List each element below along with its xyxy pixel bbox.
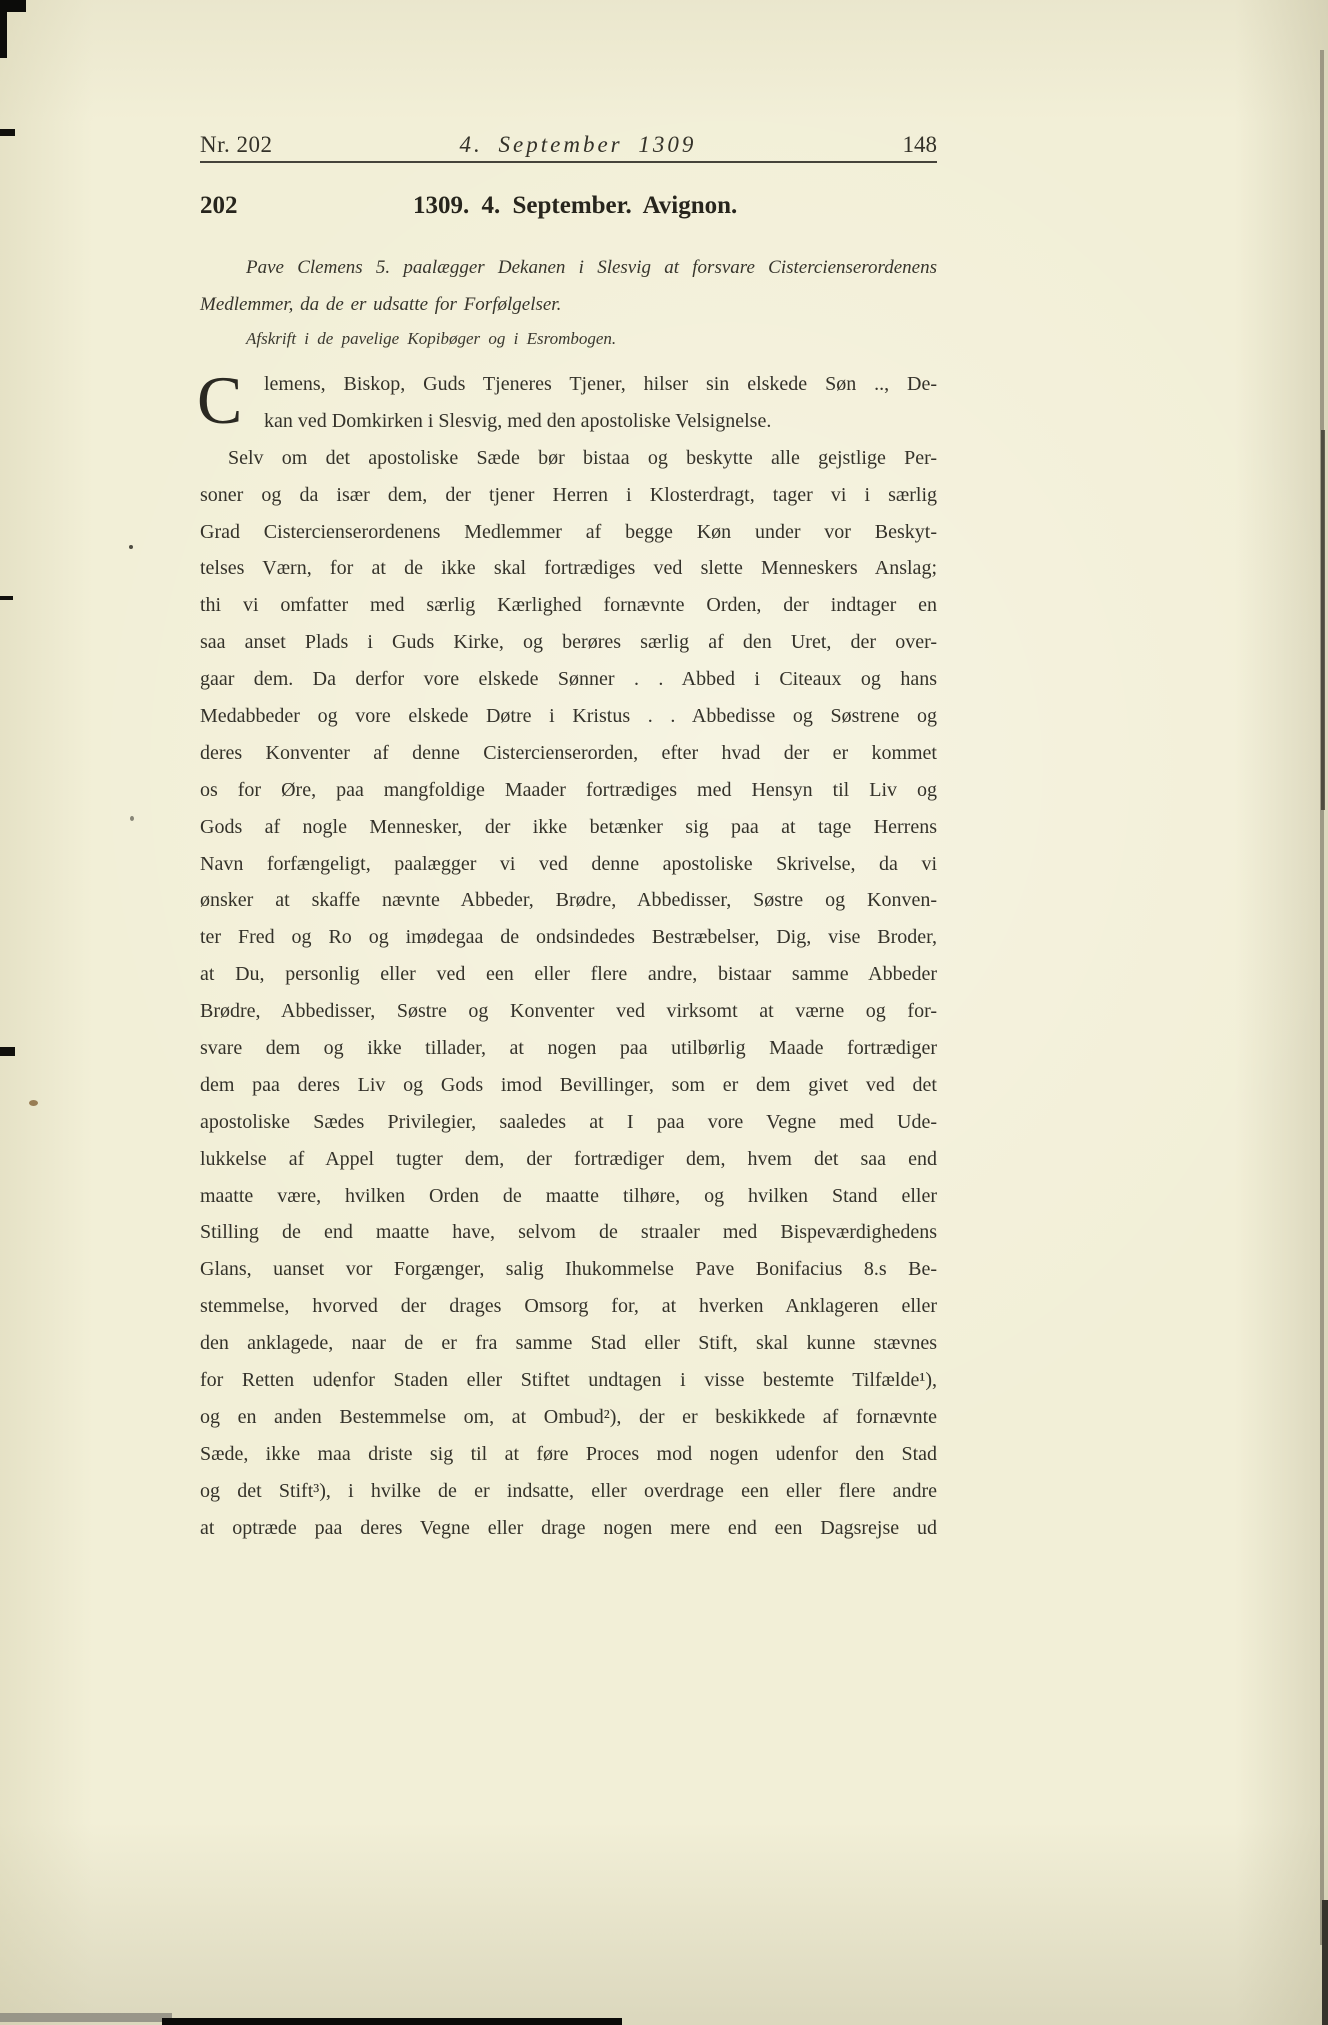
page-number: 148: [903, 132, 938, 158]
entry-body: C lemens, Biskop, Guds Tjeneres Tjener, …: [200, 366, 937, 1547]
scan-artifact-bottom-grey-bar: [0, 2013, 172, 2022]
body-line: Stilling de end maatte have, selvom de s…: [200, 1214, 937, 1251]
body-line: Grad Cistercienserordenens Medlemmer af …: [200, 514, 937, 551]
scan-artifact-left-dash-2: [0, 596, 13, 600]
scan-artifact-bottom-black-bar: [162, 2018, 622, 2025]
scan-artifact-speck-2: [130, 816, 134, 821]
body-line: svare dem og ikke tillader, at nogen paa…: [200, 1030, 937, 1067]
scan-artifact-speck-brown: [29, 1100, 38, 1106]
body-line: at Du, personlig eller ved een eller fle…: [200, 956, 937, 993]
scan-artifact-top-left-block: [0, 0, 26, 12]
drop-cap: C: [197, 370, 242, 430]
entry-heading: 202 1309. 4. September. Avignon.: [200, 192, 937, 226]
body-line: telses Værn, for at de ikke skal fortræd…: [200, 550, 937, 587]
body-line: maatte være, hvilken Orden de maatte til…: [200, 1178, 937, 1215]
body-line: at optræde paa deres Vegne eller drage n…: [200, 1510, 937, 1547]
body-line: Medabbeder og vore elskede Døtre i Krist…: [200, 698, 937, 735]
running-header: Nr. 202 4. September 1309 148: [200, 124, 937, 158]
body-line: kan ved Domkirken i Slesvig, med den apo…: [200, 403, 937, 440]
running-header-number: Nr. 202: [200, 132, 273, 158]
body-line: thi vi omfatter med særlig Kærlighed for…: [200, 587, 937, 624]
scan-artifact-page-edge-dark: [1321, 430, 1325, 810]
body-line: ter Fred og Ro og imødegaa de ondsindede…: [200, 919, 937, 956]
entry-number: 202: [200, 192, 238, 220]
scan-artifact-speck-1: [129, 545, 133, 549]
body-line: os for Øre, paa mangfoldige Maader fortr…: [200, 772, 937, 809]
body-line: saa anset Plads i Guds Kirke, og berøres…: [200, 624, 937, 661]
scan-artifact-page-edge-line: [1320, 50, 1324, 1945]
body-line: Navn forfængeligt, paalægger vi ved denn…: [200, 846, 937, 883]
body-line: gaar dem. Da derfor vore elskede Sønner …: [200, 661, 937, 698]
body-line: deres Konventer af denne Cistercienseror…: [200, 735, 937, 772]
body-line: Sæde, ikke maa driste sig til at føre Pr…: [200, 1436, 937, 1473]
body-line: lukkelse af Appel tugter dem, der fortræ…: [200, 1141, 937, 1178]
body-line: apostoliske Sædes Privilegier, saaledes …: [200, 1104, 937, 1141]
body-line: for Retten udenfor Staden eller Stiftet …: [200, 1362, 937, 1399]
scan-artifact-page-edge-bottom: [1322, 1900, 1328, 2025]
running-header-date: 4. September 1309: [460, 132, 697, 158]
scan-artifact-top-left-bar: [0, 0, 7, 58]
summary-line: Pave Clemens 5. paalægger Dekanen i Sles…: [200, 249, 937, 286]
body-line: og det Stift³), i hvilke de er indsatte,…: [200, 1473, 937, 1510]
body-line: ønsker at skaffe nævnte Abbeder, Brødre,…: [200, 882, 937, 919]
scan-artifact-left-dash-1: [0, 129, 15, 136]
body-line: stemmelse, hvorved der drages Omsorg for…: [200, 1288, 937, 1325]
entry-summary: Pave Clemens 5. paalægger Dekanen i Sles…: [200, 249, 937, 323]
body-line: dem paa deres Liv og Gods imod Bevilling…: [200, 1067, 937, 1104]
scan-artifact-left-dash-3: [0, 1047, 15, 1056]
body-line: Gods af nogle Mennesker, der ikke betænk…: [200, 809, 937, 846]
body-line: Selv om det apostoliske Sæde bør bistaa …: [200, 440, 937, 477]
summary-line: Medlemmer, da de er udsatte for Forfølge…: [200, 286, 937, 323]
body-line: Glans, uanset vor Forgænger, salig Ihuko…: [200, 1251, 937, 1288]
body-line: soner og da især dem, der tjener Herren …: [200, 477, 937, 514]
scanned-document-page: Nr. 202 4. September 1309 148 202 1309. …: [0, 0, 1328, 2025]
body-line: lemens, Biskop, Guds Tjeneres Tjener, hi…: [200, 366, 937, 403]
entry-title: 1309. 4. September. Avignon.: [413, 192, 737, 220]
source-note: Afskrift i de pavelige Kopibøger og i Es…: [246, 329, 896, 349]
header-rule: [200, 161, 937, 163]
body-line: og en anden Bestemmelse om, at Ombud²), …: [200, 1399, 937, 1436]
body-line: den anklagede, naar de er fra samme Stad…: [200, 1325, 937, 1362]
body-line: Brødre, Abbedisser, Søstre og Konventer …: [200, 993, 937, 1030]
